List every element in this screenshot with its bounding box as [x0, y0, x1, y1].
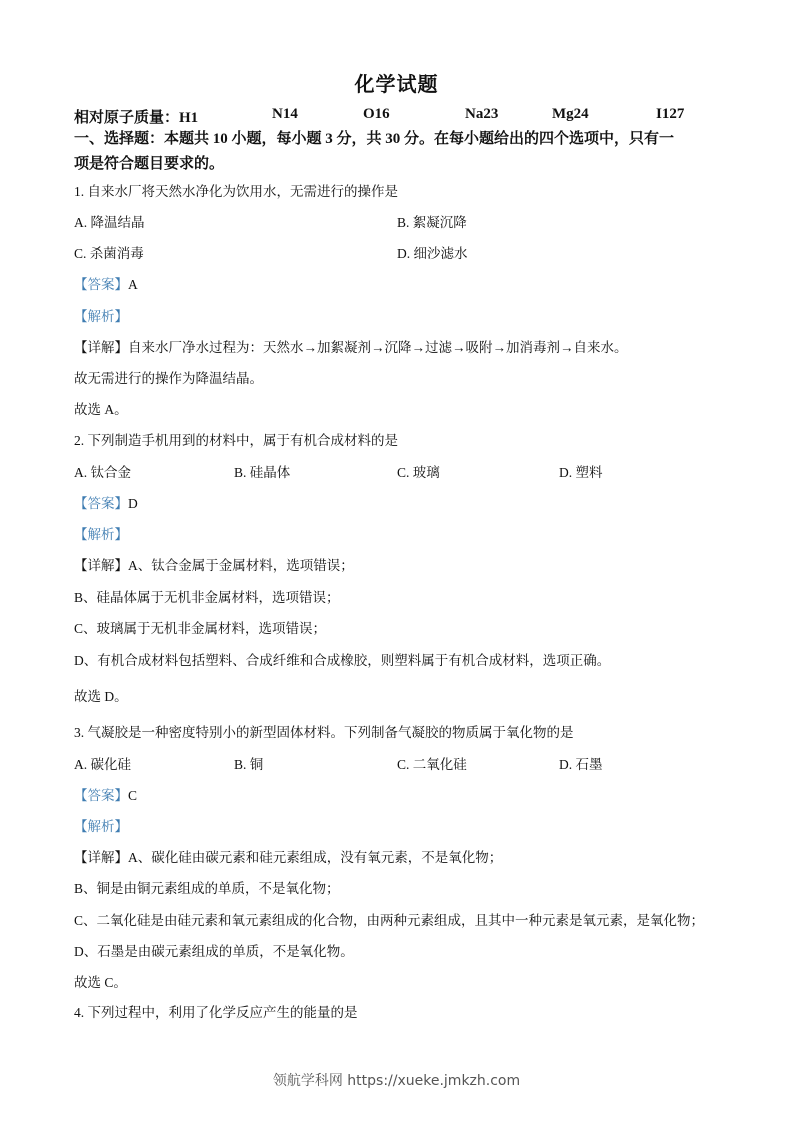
- question-1-option-a: A. 降温结晶: [74, 214, 145, 232]
- question-4-stem: 4. 下列过程中，利用了化学反应产生的能量的是: [74, 1004, 358, 1022]
- question-1-option-b: B. 絮凝沉降: [397, 214, 467, 232]
- atomic-mass-line: 相对原子质量：H1 N14 O16 Na23 Mg24 I127: [74, 106, 734, 126]
- atomic-mass-mg: Mg24: [552, 106, 589, 123]
- question-3-answer: 【答案】C: [74, 787, 137, 805]
- atomic-mass-i: I127: [656, 106, 684, 123]
- atomic-mass-na: Na23: [465, 106, 498, 123]
- question-2-detail-4: D、有机合成材料包括塑料、合成纤维和合成橡胶，则塑料属于有机合成材料，选项正确。: [74, 652, 610, 670]
- section-heading-line1: 一、选择题：本题共 10 小题，每小题 3 分，共 30 分。在每小题给出的四个…: [74, 130, 674, 148]
- atomic-mass-o: O16: [363, 106, 390, 123]
- question-1-analysis-label: 【解析】: [74, 308, 128, 326]
- question-1-stem: 1. 自来水厂将天然水净化为饮用水，无需进行的操作是: [74, 183, 398, 201]
- question-2-analysis-label: 【解析】: [74, 526, 128, 544]
- detail-label: 【详解】: [74, 340, 128, 355]
- question-3-option-c: C. 二氧化硅: [397, 756, 467, 774]
- question-1-option-d: D. 细沙滤水: [397, 245, 468, 263]
- question-2-option-d: D. 塑料: [559, 464, 603, 482]
- answer-value: D: [128, 496, 138, 511]
- question-2-conclusion: 故选 D。: [74, 688, 128, 706]
- answer-value: C: [128, 788, 137, 803]
- detail-label: 【详解】: [74, 850, 128, 865]
- question-3-detail-2: B、铜是由铜元素组成的单质，不是氧化物；: [74, 880, 340, 898]
- question-3-option-d: D. 石墨: [559, 756, 603, 774]
- question-1-detail-1: 【详解】自来水厂净水过程为：天然水→加絮凝剂→沉降→过滤→吸附→加消毒剂→自来水…: [74, 339, 628, 357]
- question-3-conclusion: 故选 C。: [74, 974, 127, 992]
- question-1-answer: 【答案】A: [74, 276, 138, 294]
- question-2-option-a: A. 钛合金: [74, 464, 131, 482]
- answer-value: A: [128, 277, 138, 292]
- answer-label: 【答案】: [74, 277, 128, 292]
- question-2-answer: 【答案】D: [74, 495, 138, 513]
- question-3-detail-3: C、二氧化硅是由硅元素和氧元素组成的化合物，由两种元素组成，且其中一种元素是氧元…: [74, 912, 704, 930]
- question-2-detail-3: C、玻璃属于无机非金属材料，选项错误；: [74, 620, 326, 638]
- question-2-detail-2: B、硅晶体属于无机非金属材料，选项错误；: [74, 589, 340, 607]
- answer-label: 【答案】: [74, 788, 128, 803]
- atomic-mass-n: N14: [272, 106, 298, 123]
- question-3-analysis-label: 【解析】: [74, 818, 128, 836]
- question-3-option-b: B. 铜: [234, 756, 263, 774]
- question-2-detail-1: 【详解】A、钛合金属于金属材料，选项错误；: [74, 557, 354, 575]
- question-3-option-a: A. 碳化硅: [74, 756, 131, 774]
- detail-label: 【详解】: [74, 558, 128, 573]
- question-3-stem: 3. 气凝胶是一种密度特别小的新型固体材料。下列制备气凝胶的物质属于氧化物的是: [74, 724, 574, 742]
- question-3-detail-1: 【详解】A、碳化硅由碳元素和硅元素组成，没有氧元素，不是氧化物；: [74, 849, 502, 867]
- page-title: 化学试题: [0, 68, 793, 97]
- question-1-option-c: C. 杀菌消毒: [74, 245, 144, 263]
- question-1-conclusion: 故选 A。: [74, 401, 128, 419]
- question-3-detail-4: D、石墨是由碳元素组成的单质，不是氧化物。: [74, 943, 354, 961]
- question-2-stem: 2. 下列制造手机用到的材料中，属于有机合成材料的是: [74, 432, 398, 450]
- footer-watermark: 领航学科网 https://xueke.jmkzh.com: [0, 1070, 793, 1090]
- atomic-mass-label: 相对原子质量：H1: [74, 106, 198, 127]
- question-2-option-c: C. 玻璃: [397, 464, 440, 482]
- question-1-detail-2: 故无需进行的操作为降温结晶。: [74, 370, 263, 388]
- answer-label: 【答案】: [74, 496, 128, 511]
- section-heading-line2: 项是符合题目要求的。: [74, 155, 224, 173]
- question-2-option-b: B. 硅晶体: [234, 464, 290, 482]
